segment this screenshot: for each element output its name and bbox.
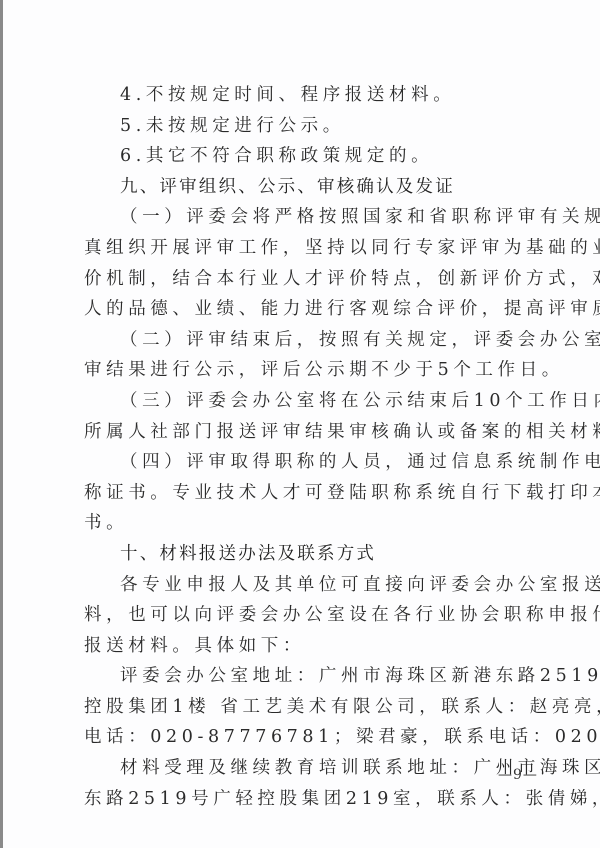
paragraph-line: 称证书。专业技术人才可登陆职称系统自行下载打印本人证	[84, 478, 530, 509]
paragraph-line: （一）评委会将严格按照国家和省职称评审有关规定认	[84, 202, 530, 233]
list-item-6: 6.其它不符合职称政策规定的。	[84, 141, 530, 172]
section-heading-9: 九、评审组织、公示、审核确认及发证	[84, 172, 530, 203]
paragraph-line: 料，也可以向评委会办公室设在各行业协会职称申报代受点	[84, 600, 530, 631]
paragraph-line: （四）评审取得职称的人员，通过信息系统制作电子职	[84, 447, 530, 478]
section-heading-10: 十、材料报送办法及联系方式	[84, 539, 530, 570]
page-number: —9—	[498, 767, 538, 783]
scan-edge	[0, 0, 3, 848]
address-line: 控股集团1楼 省工艺美术有限公司，联系人：赵亮亮，联系	[84, 692, 530, 723]
paragraph-line: 价机制，结合本行业人才评价特点，创新评价方式，对申报	[84, 264, 530, 295]
paragraph-line: （三）评委会办公室将在公示结束后10个工作日内，向	[84, 386, 530, 417]
paragraph-line: 人的品德、业绩、能力进行客观综合评价，提高评审质量。	[84, 294, 530, 325]
paragraph-line: 各专业申报人及其单位可直接向评委会办公室报送材	[84, 570, 530, 601]
paragraph-line: 审结果进行公示，评后公示期不少于5个工作日。	[84, 355, 530, 386]
list-item-4: 4.不按规定时间、程序报送材料。	[84, 80, 530, 111]
contact-line: 东路2519号广轻控股集团219室，联系人：张倩娣，联系电	[84, 784, 530, 815]
paragraph-line: 书。	[84, 508, 530, 539]
paragraph-line: （二）评审结束后，按照有关规定，评委会办公室对评	[84, 325, 530, 356]
paragraph-line: 所属人社部门报送评审结果审核确认或备案的相关材料。	[84, 417, 530, 448]
contact-line: 电话：020-87776781；梁君豪，联系电话：020-89445269。	[84, 722, 530, 753]
address-line: 评委会办公室地址：广州市海珠区新港东路2519号广轻	[84, 661, 530, 692]
paragraph-line: 真组织开展评审工作，坚持以同行专家评审为基础的业内评	[84, 233, 530, 264]
document-body: 4.不按规定时间、程序报送材料。 5.未按规定进行公示。 6.其它不符合职称政策…	[84, 80, 530, 814]
paragraph-line: 报送材料。具体如下：	[84, 631, 530, 662]
address-line: 材料受理及继续教育培训联系地址：广州市海珠区新港	[84, 753, 530, 784]
list-item-5: 5.未按规定进行公示。	[84, 111, 530, 142]
